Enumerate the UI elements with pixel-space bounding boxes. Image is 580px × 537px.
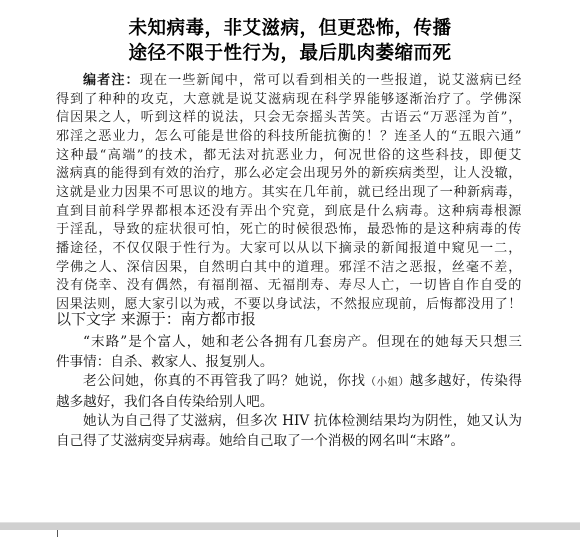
editor-note-line: 于淫乱，导致的症状很可怕，死亡的时候很恐怖，最恐怖的是这种病毒的传 xyxy=(56,221,522,240)
editor-note-line: 信因果之人，听到这样的说法，只会无奈摇头苦笑。古语云“万恶淫为首”， xyxy=(56,109,522,128)
title-line-1: 未知病毒，非艾滋病，但更恐怖，传播 xyxy=(100,16,480,41)
title-line-2: 途径不限于性行为，最后肌肉萎缩而死 xyxy=(100,41,480,66)
next-page-area xyxy=(0,530,580,537)
article-line: 件事情：自杀、救家人、报复别人。 xyxy=(56,353,522,373)
text-cursor xyxy=(57,530,58,537)
editor-note-line: 播途径，不仅仅限于性行为。大家可以从以下摘录的新闻报道中窥见一二， xyxy=(56,240,522,259)
article-line: 她认为自己得了艾滋病，但多次 HIV 抗体检测结果均为阴性，她又认为 xyxy=(56,412,522,432)
editor-note-line: 直到目前科学界都根本还没有弄出个究竟，到底是什么病毒。这种病毒根源 xyxy=(56,203,522,222)
editor-note-line: 学佛之人、深信因果，自然明白其中的道理。邪淫不洁之恶报，丝毫不差， xyxy=(56,259,522,278)
article-line: 老公问她，你真的不再管我了吗？她说，你找（小姐）越多越好，传染得 xyxy=(56,372,522,393)
editor-note-line: 这种最“高端”的技术，都无法对抗恶业力，何况世俗的这些科技，即便艾 xyxy=(56,147,522,166)
inline-note: （小姐） xyxy=(365,376,409,388)
editor-note-line: 滋病真的能得到有效的治疗，那么必定会出现另外的新疾病类型，让人没辙， xyxy=(56,165,522,184)
document-page: 未知病毒，非艾滋病，但更恐怖，传播 途径不限于性行为，最后肌肉萎缩而死 编者注：… xyxy=(0,0,580,522)
editor-note-line: 这就是业力因果不可思议的地方。其实在几年前，就已经出现了一种新病毒， xyxy=(56,184,522,203)
article-line: 自己得了艾滋病变异病毒。她给自己取了一个消极的网名叫“末路”。 xyxy=(56,432,522,452)
article-line: “末路”是个富人，她和老公各拥有几套房产。但现在的她每天只想三 xyxy=(56,333,522,353)
source-line: 以下文字 来源于：南方都市报 xyxy=(56,309,256,329)
editor-note-lead: 编者注： xyxy=(83,73,140,88)
article-body: “末路”是个富人，她和老公各拥有几套房产。但现在的她每天只想三 件事情：自杀、救… xyxy=(56,333,522,451)
article-line: 越多越好，我们各自传染给别人吧。 xyxy=(56,393,522,413)
editor-note-line: 没有侥幸、没有偶然，有福削福、无福削寿、寿尽人亡，一切皆自作自受的 xyxy=(56,277,522,296)
editor-note-line: 编者注：现在一些新闻中，常可以看到相关的一些报道，说艾滋病已经 xyxy=(56,72,522,91)
editor-note-line: 得到了种种的攻克，大意就是说艾滋病现在科学界能够逐渐治疗了。学佛深 xyxy=(56,91,522,110)
editor-note-line: 邪淫之恶业力，怎么可能是世俗的科技所能抗衡的！？连圣人的“五眼六通” xyxy=(56,128,522,147)
article-title: 未知病毒，非艾滋病，但更恐怖，传播 途径不限于性行为，最后肌肉萎缩而死 xyxy=(100,16,480,66)
editor-note: 编者注：现在一些新闻中，常可以看到相关的一些报道，说艾滋病已经 得到了种种的攻克… xyxy=(56,72,522,315)
